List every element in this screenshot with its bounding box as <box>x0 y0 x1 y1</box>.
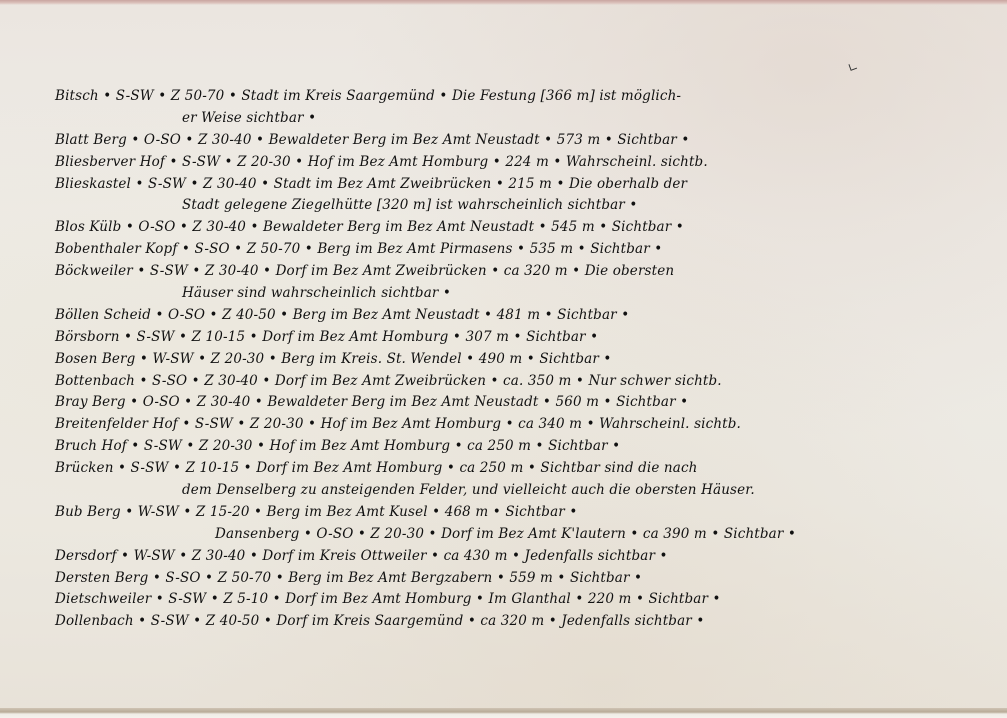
gazetteer-entries: Bitsch • S-SW • Z 50-70 • Stadt im Kreis… <box>55 86 985 633</box>
entry-line-blieskastel: Blieskastel • S-SW • Z 30-40 • Stadt im … <box>55 174 985 196</box>
entry-line-bollen-scheid: Böllen Scheid • O-SO • Z 40-50 • Berg im… <box>55 305 985 327</box>
paper-page: ∟ Bitsch • S-SW • Z 50-70 • Stadt im Kre… <box>0 0 1007 718</box>
entry-line-blos-kulb: Blos Külb • O-SO • Z 30-40 • Bewaldeter … <box>55 217 985 239</box>
entry-line-dollenbach: Dollenbach • S-SW • Z 40-50 • Dorf im Kr… <box>55 611 985 633</box>
entry-line-bosen-berg: Bosen Berg • W-SW • Z 20-30 • Berg im Kr… <box>55 349 985 371</box>
entry-line-brucken: Brücken • S-SW • Z 10-15 • Dorf im Bez A… <box>55 458 985 480</box>
entry-line-bobenthaler-kopf: Bobenthaler Kopf • S-SO • Z 50-70 • Berg… <box>55 239 985 261</box>
page-bottom-edge <box>0 708 1007 718</box>
entry-continuation-brucken: dem Denselberg zu ansteigenden Felder, u… <box>55 480 985 502</box>
entry-line-dansenberg: Dansenberg • O-SO • Z 20-30 • Dorf im Be… <box>55 524 985 546</box>
entry-line-bray-berg: Bray Berg • O-SO • Z 30-40 • Bewaldeter … <box>55 392 985 414</box>
entry-continuation-bitsch: er Weise sichtbar • <box>55 108 985 130</box>
entry-line-bitsch: Bitsch • S-SW • Z 50-70 • Stadt im Kreis… <box>55 86 985 108</box>
entry-line-borsborn: Börsborn • S-SW • Z 10-15 • Dorf im Bez … <box>55 327 985 349</box>
entry-line-dietschweiler: Dietschweiler • S-SW • Z 5-10 • Dorf im … <box>55 589 985 611</box>
entry-line-bub-berg: Bub Berg • W-SW • Z 15-20 • Berg im Bez … <box>55 502 985 524</box>
page-top-edge <box>0 0 1007 5</box>
stray-pen-mark: ∟ <box>846 59 860 76</box>
entry-line-blatt-berg: Blatt Berg • O-SO • Z 30-40 • Bewaldeter… <box>55 130 985 152</box>
entry-line-dersten-berg: Dersten Berg • S-SO • Z 50-70 • Berg im … <box>55 568 985 590</box>
entry-line-bliesberver-hof: Bliesberver Hof • S-SW • Z 20-30 • Hof i… <box>55 152 985 174</box>
entry-line-breitenfelder-hof: Breitenfelder Hof • S-SW • Z 20-30 • Hof… <box>55 414 985 436</box>
entry-line-bruch-hof: Bruch Hof • S-SW • Z 20-30 • Hof im Bez … <box>55 436 985 458</box>
entry-line-bottenbach: Bottenbach • S-SO • Z 30-40 • Dorf im Be… <box>55 371 985 393</box>
entry-continuation-blieskastel: Stadt gelegene Ziegelhütte [320 m] ist w… <box>55 195 985 217</box>
entry-continuation-bockweiler: Häuser sind wahrscheinlich sichtbar • <box>55 283 985 305</box>
entry-line-dersdorf: Dersdorf • W-SW • Z 30-40 • Dorf im Krei… <box>55 546 985 568</box>
entry-line-bockweiler: Böckweiler • S-SW • Z 30-40 • Dorf im Be… <box>55 261 985 283</box>
